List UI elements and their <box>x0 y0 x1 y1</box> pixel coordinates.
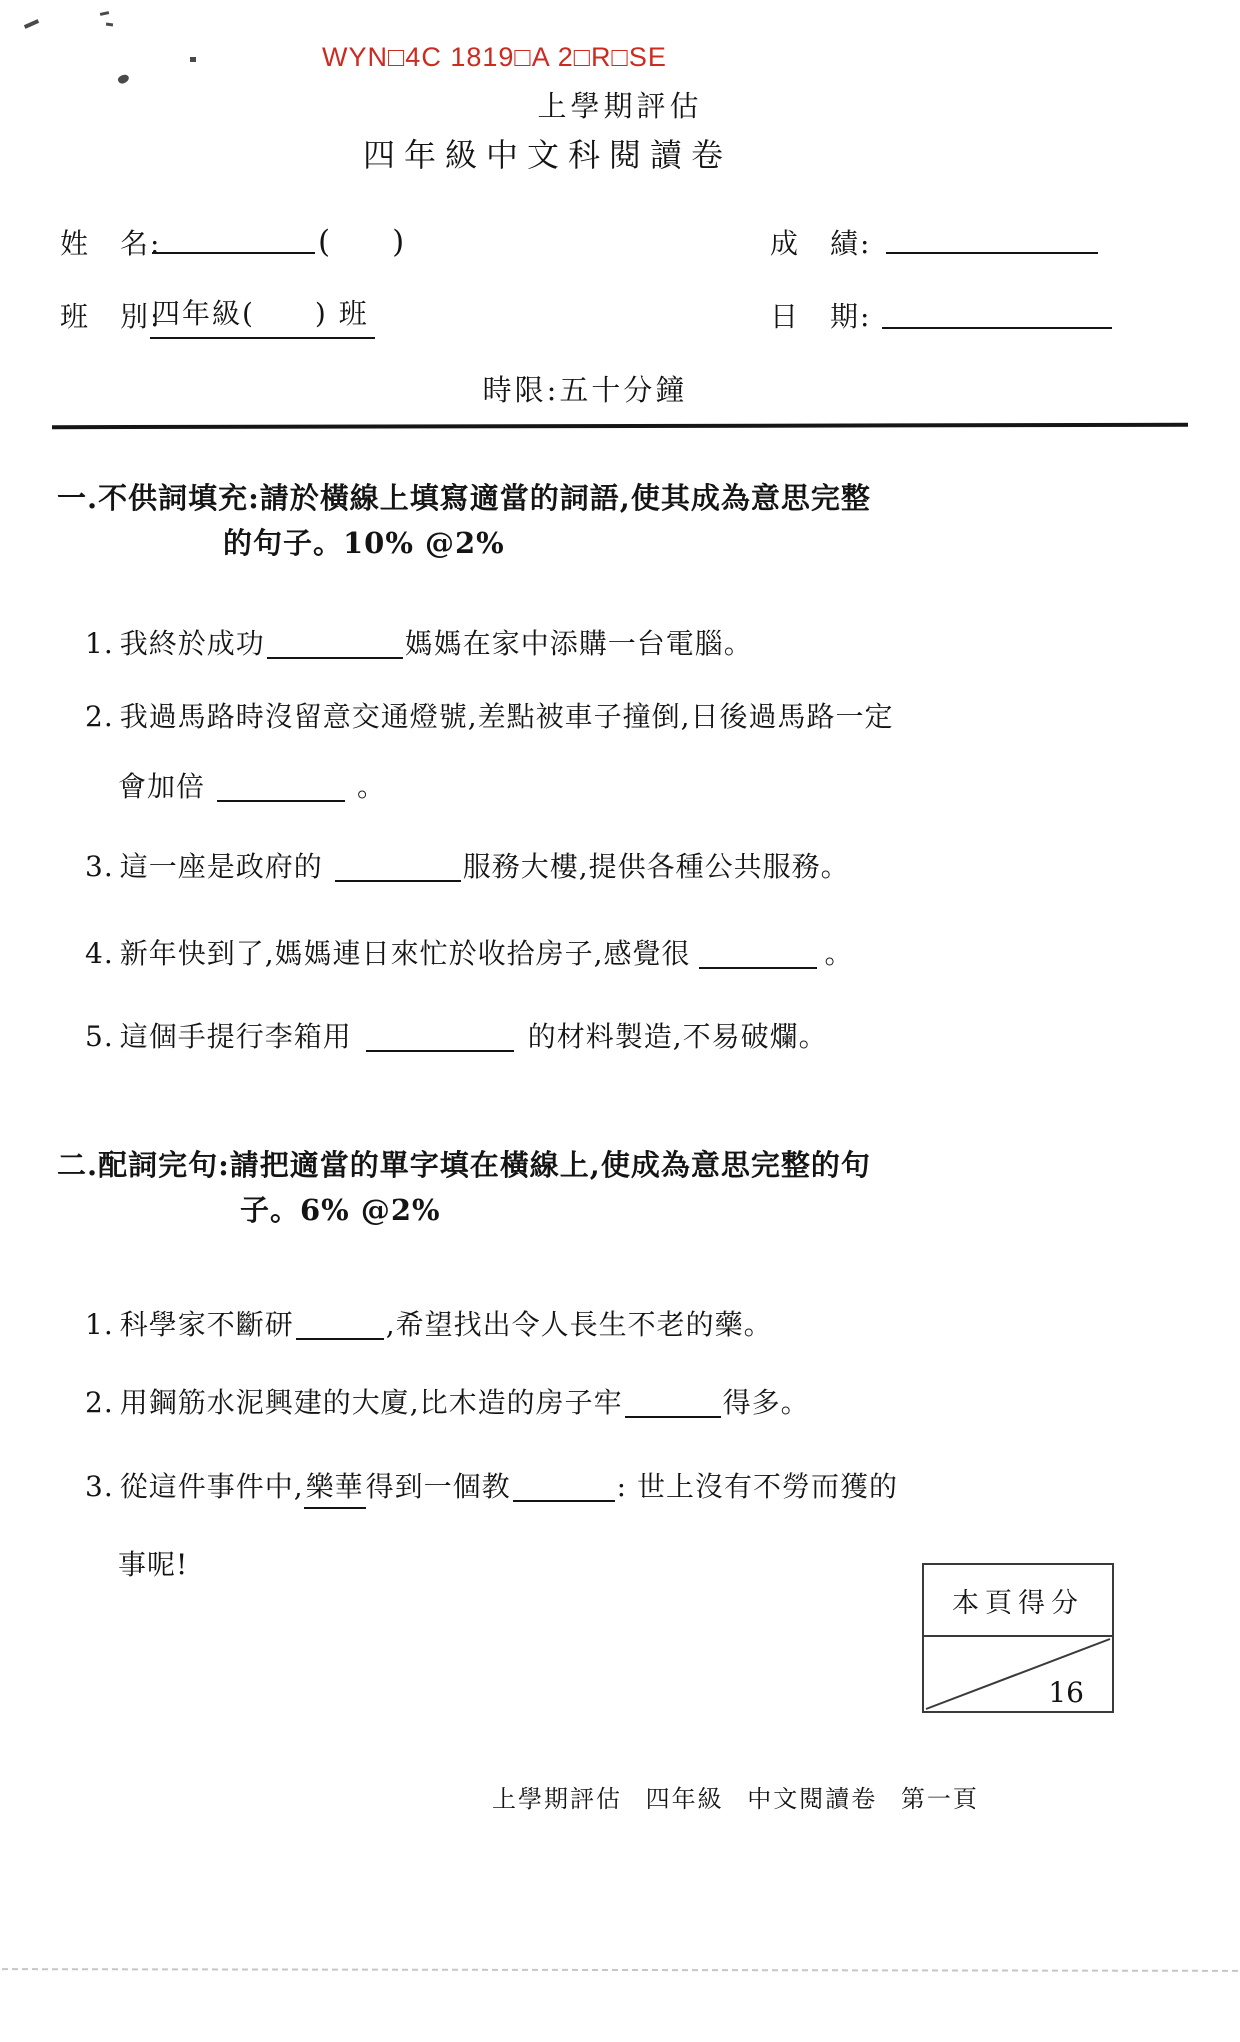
page-score-box: 本頁得分 16 <box>922 1563 1114 1713</box>
s1-question-2-line1: 2.我過馬路時沒留意交通燈號,差點被車子撞倒,日後過馬路一定 <box>85 695 894 735</box>
header-divider-rule <box>52 423 1188 429</box>
s1-question-5: 5.這個手提行李箱用的材料製造,不易破爛。 <box>85 1015 828 1055</box>
score-box-cell: 16 <box>924 1637 1112 1711</box>
question-text: 會加倍 <box>118 770 205 803</box>
score-blank-line <box>886 224 1098 254</box>
fill-in-blank <box>217 774 345 802</box>
s2-question-3-line1: 3.從這件事件中,樂華得到一個教: 世上沒有不勞而獲的 <box>85 1465 898 1505</box>
fill-in-blank <box>335 854 461 882</box>
question-text: 我終於成功 <box>120 627 265 660</box>
copier-code-text: WYN□4C 1819□A 2□R□SE <box>322 42 667 73</box>
question-text: 從這件事件中, <box>120 1470 304 1503</box>
name-label: 姓 名: <box>60 222 161 262</box>
question-number: 4. <box>85 937 114 970</box>
time-limit: 時限:五十分鐘 <box>0 368 1170 409</box>
fill-in-blank <box>366 1024 514 1052</box>
section2-heading-line2: 子。6% @2% <box>240 1188 441 1229</box>
scan-artifact <box>100 11 109 16</box>
s1-question-3: 3.這一座是政府的服務大樓,提供各種公共服務。 <box>85 845 850 885</box>
section2-heading-line1: 二.配詞完句:請把適當的單字填在橫線上,使成為意思完整的句 <box>57 1143 871 1184</box>
question-number: 2. <box>85 1386 114 1419</box>
exam-paper-page: WYN□4C 1819□A 2□R□SE 上學期評估 四年級中文科閱讀卷 姓 名… <box>0 0 1240 2042</box>
question-text: 的材料製造,不易破爛。 <box>528 1020 828 1053</box>
s2-question-2: 2.用鋼筋水泥興建的大廈,比木造的房子牢得多。 <box>85 1381 810 1421</box>
question-number: 1. <box>85 1308 114 1341</box>
question-text: 得多。 <box>723 1386 810 1419</box>
question-text: 我過馬路時沒留意交通燈號,差點被車子撞倒,日後過馬路一定 <box>120 700 894 733</box>
fill-in-blank <box>513 1474 615 1502</box>
fill-in-blank <box>699 941 817 969</box>
scan-artifact <box>190 57 196 62</box>
paper-title: 四年級中文科閱讀卷 <box>0 130 1095 176</box>
score-label: 成 績: <box>770 222 871 262</box>
fill-in-blank <box>625 1390 721 1418</box>
section1-heading-line1: 一.不供詞填充:請於橫線上填寫適當的詞語,使其成為意思完整 <box>57 476 871 517</box>
question-text: ,希望找出令人長生不老的藥。 <box>386 1308 773 1341</box>
date-label: 日 期: <box>770 295 871 335</box>
question-number: 2. <box>85 700 114 733</box>
section1-heading-line2: 的句子。10% @2% <box>223 521 505 562</box>
name-paren: ( ) <box>318 216 404 261</box>
question-text: 。 <box>357 770 386 803</box>
question-number: 3. <box>85 1470 114 1503</box>
s1-question-4: 4.新年快到了,媽媽連日來忙於收拾房子,感覺很。 <box>85 932 854 972</box>
underlined-name: 樂華 <box>304 1470 366 1509</box>
question-text: 得到一個教 <box>366 1470 511 1503</box>
class-value: 四年級( ) 班 <box>150 292 375 339</box>
fill-in-blank <box>267 631 403 659</box>
question-text: 這一座是政府的 <box>120 850 323 883</box>
question-text: 。 <box>825 937 854 970</box>
question-text: 新年快到了,媽媽連日來忙於收拾房子,感覺很 <box>120 937 691 970</box>
s1-question-1: 1.我終於成功媽媽在家中添購一台電腦。 <box>85 622 753 662</box>
question-text: 服務大樓,提供各種公共服務。 <box>463 850 850 883</box>
question-number: 1. <box>85 627 114 660</box>
s1-question-2-line2: 會加倍。 <box>118 765 386 805</box>
score-box-total: 16 <box>1048 1676 1084 1709</box>
fill-in-blank <box>296 1312 384 1340</box>
question-text: : 世上沒有不勞而獲的 <box>617 1470 898 1503</box>
question-text: 媽媽在家中添購一台電腦。 <box>405 627 753 660</box>
class-label: 班 別: <box>60 295 161 335</box>
scan-artifact-line <box>2 1968 1238 1972</box>
question-number: 5. <box>85 1020 114 1053</box>
date-blank-line <box>882 297 1112 329</box>
question-text: 用鋼筋水泥興建的大廈,比木造的房子牢 <box>120 1386 623 1419</box>
score-box-label: 本頁得分 <box>924 1565 1112 1637</box>
assessment-title: 上學期評估 <box>0 84 1240 125</box>
question-text: 科學家不斷研 <box>120 1308 294 1341</box>
scan-artifact <box>106 23 113 27</box>
s2-question-1: 1.科學家不斷研,希望找出令人長生不老的藥。 <box>85 1303 773 1343</box>
page-footer: 上學期評估 四年級 中文閱讀卷 第一頁 <box>492 1779 979 1814</box>
scan-artifact <box>24 19 39 29</box>
question-text: 事呢! <box>118 1548 188 1581</box>
name-blank-line <box>152 224 315 254</box>
s2-question-3-line2: 事呢! <box>118 1543 188 1583</box>
question-number: 3. <box>85 850 114 883</box>
question-text: 這個手提行李箱用 <box>120 1020 352 1053</box>
